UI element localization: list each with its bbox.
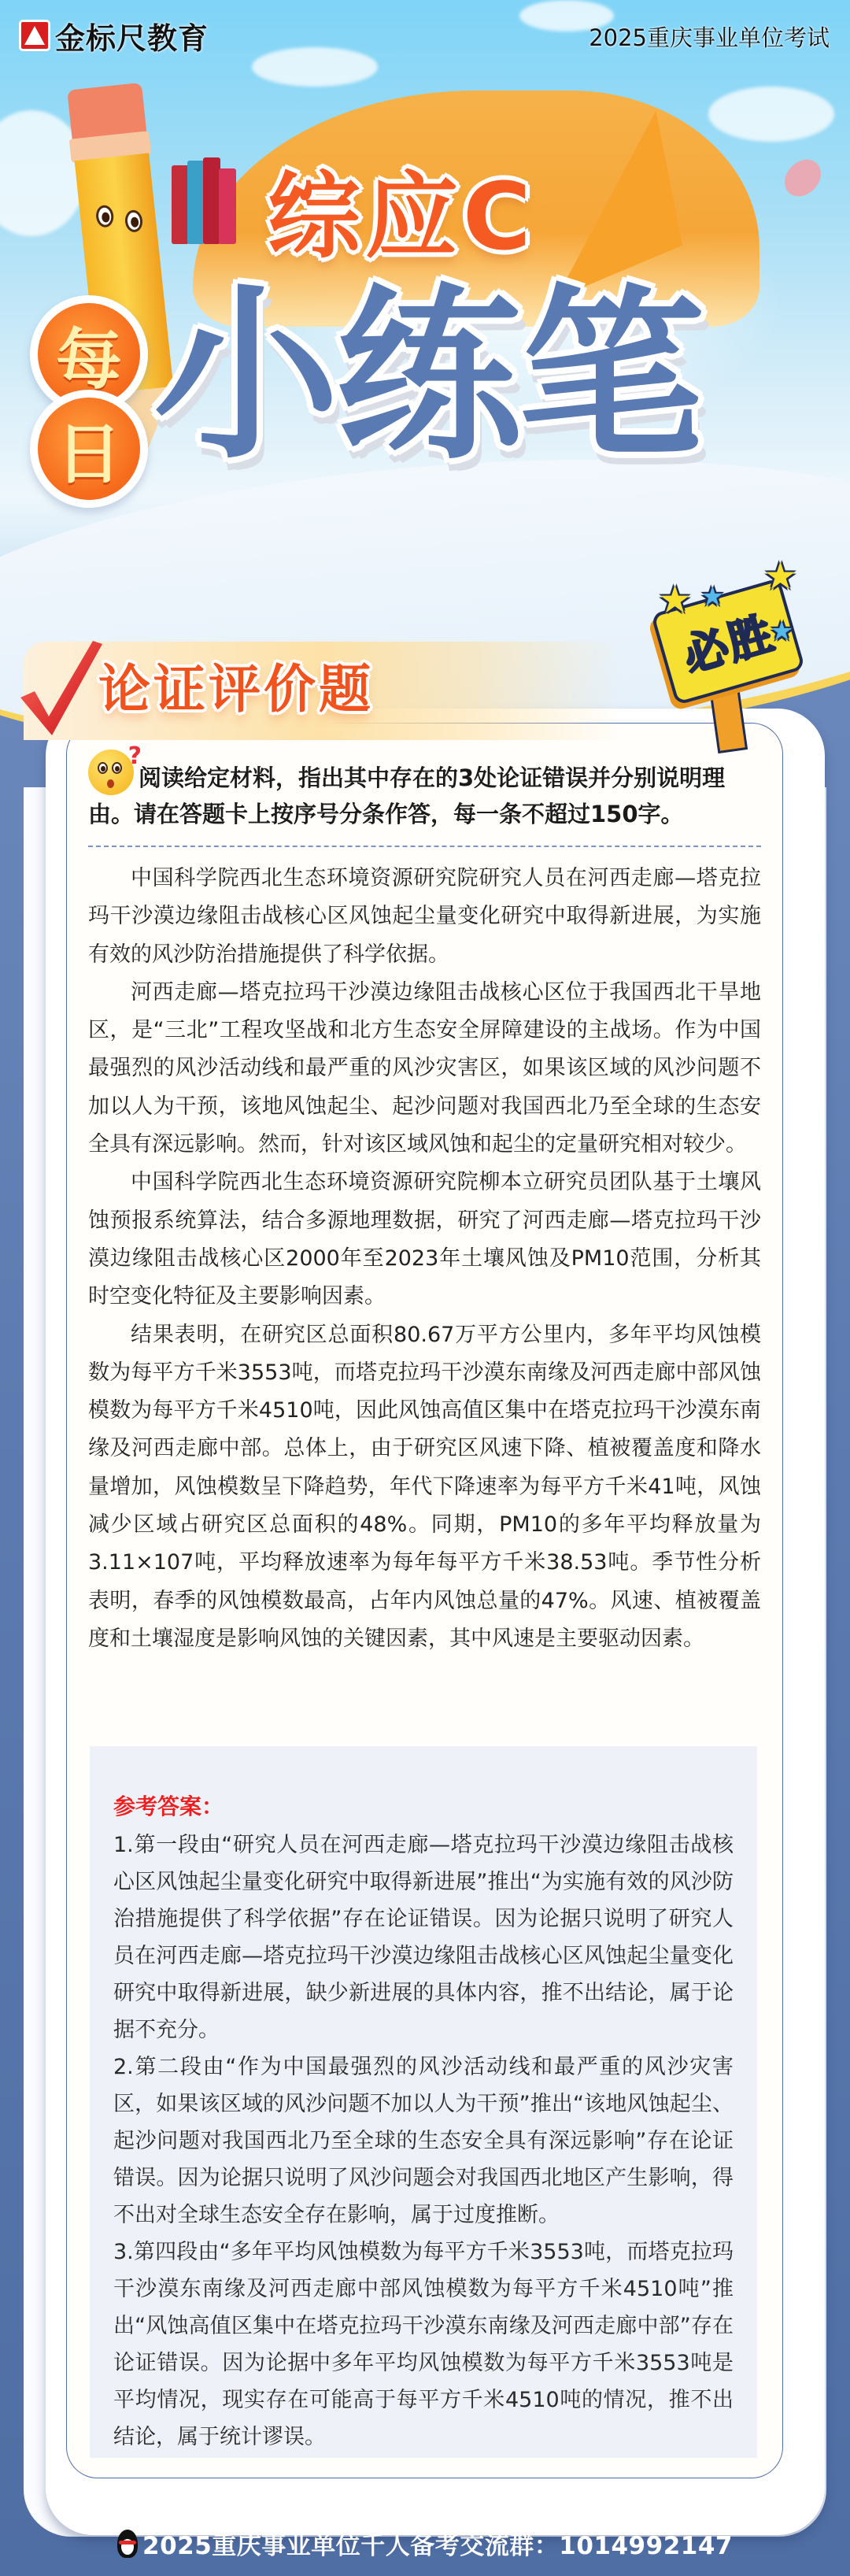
qq-penguin-icon (117, 2530, 138, 2558)
material-text: 中国科学院西北生态环境资源研究院研究人员在河西走廊—塔克拉玛干沙漠边缘阻击战核心… (88, 860, 761, 1658)
answer-title: 参考答案： (113, 1787, 734, 1827)
daily-char-mei: 每 (56, 307, 122, 402)
exam-title: 2025重庆事业单位考试 (589, 20, 830, 53)
confused-emoji-icon: ? (88, 749, 134, 795)
material-paragraph-1: 中国科学院西北生态环境资源研究院研究人员在河西走廊—塔克拉玛干沙漠边缘阻击战核心… (88, 860, 761, 974)
answer-box: 参考答案： 1.第一段由“研究人员在河西走廊—塔克拉玛干沙漠边缘阻击战核心区风蚀… (90, 1746, 757, 2458)
material-paragraph-3: 中国科学院西北生态环境资源研究院柳本立研究员团队基于土壤风蚀预报系统算法，结合多… (88, 1164, 761, 1316)
books-icon (172, 157, 235, 244)
instruction-text: 阅读给定材料，指出其中存在的3处论证错误并分别说明理由。请在答题卡上按序号分条作… (88, 764, 725, 827)
answer-item-2: 2.第二段由“作为中国最强烈的风沙活动线和最严重的风沙灾害区，如果该区域的风沙问… (113, 2049, 734, 2234)
checkmark-icon (17, 636, 104, 738)
brand-logo[interactable]: 金标尺教育 (19, 19, 209, 52)
qq-group-text[interactable]: 2025重庆事业单位千人备考交流群：1014992147 (142, 2532, 733, 2560)
star-icon: ★ (700, 581, 724, 613)
victory-sign: 必胜 ★ ★ ★ ★ (661, 583, 803, 752)
question-instruction: ? 阅读给定材料，指出其中存在的3处论证错误并分别说明理由。请在答题卡上按序号分… (88, 749, 765, 832)
logo-pyramid-icon (19, 20, 50, 51)
brand-name: 金标尺教育 (55, 14, 209, 57)
main-title: 小练笔 (153, 283, 701, 469)
answer-item-1: 1.第一段由“研究人员在河西走廊—塔克拉玛干沙漠边缘阻击战核心区风蚀起尘量变化研… (113, 1827, 734, 2049)
material-paragraph-2: 河西走廊—塔克拉玛干沙漠边缘阻击战核心区位于我国西北干旱地区，是“三北”工程攻坚… (88, 974, 761, 1164)
material-paragraph-4: 结果表明，在研究区总面积80.67万平方公里内，多年平均风蚀模数为每平方千米35… (88, 1316, 761, 1659)
answer-item-3: 3.第四段由“多年平均风蚀模数为每平方千米3553吨，而塔克拉玛干沙漠东南缘及河… (113, 2234, 734, 2456)
subject-title: 综应C (268, 142, 536, 276)
dashed-divider (88, 846, 761, 847)
star-icon: ★ (763, 554, 797, 598)
star-icon: ★ (658, 578, 692, 622)
section-title: 论证评价题 (98, 647, 374, 722)
daily-badge-2: 日 (30, 390, 148, 508)
header: 金标尺教育 2025重庆事业单位考试 (0, 0, 850, 71)
footer: 2025重庆事业单位千人备考交流群：1014992147 (0, 2526, 850, 2561)
cloud-decoration (708, 87, 834, 142)
daily-char-ri: 日 (56, 402, 122, 497)
star-icon: ★ (770, 616, 793, 647)
